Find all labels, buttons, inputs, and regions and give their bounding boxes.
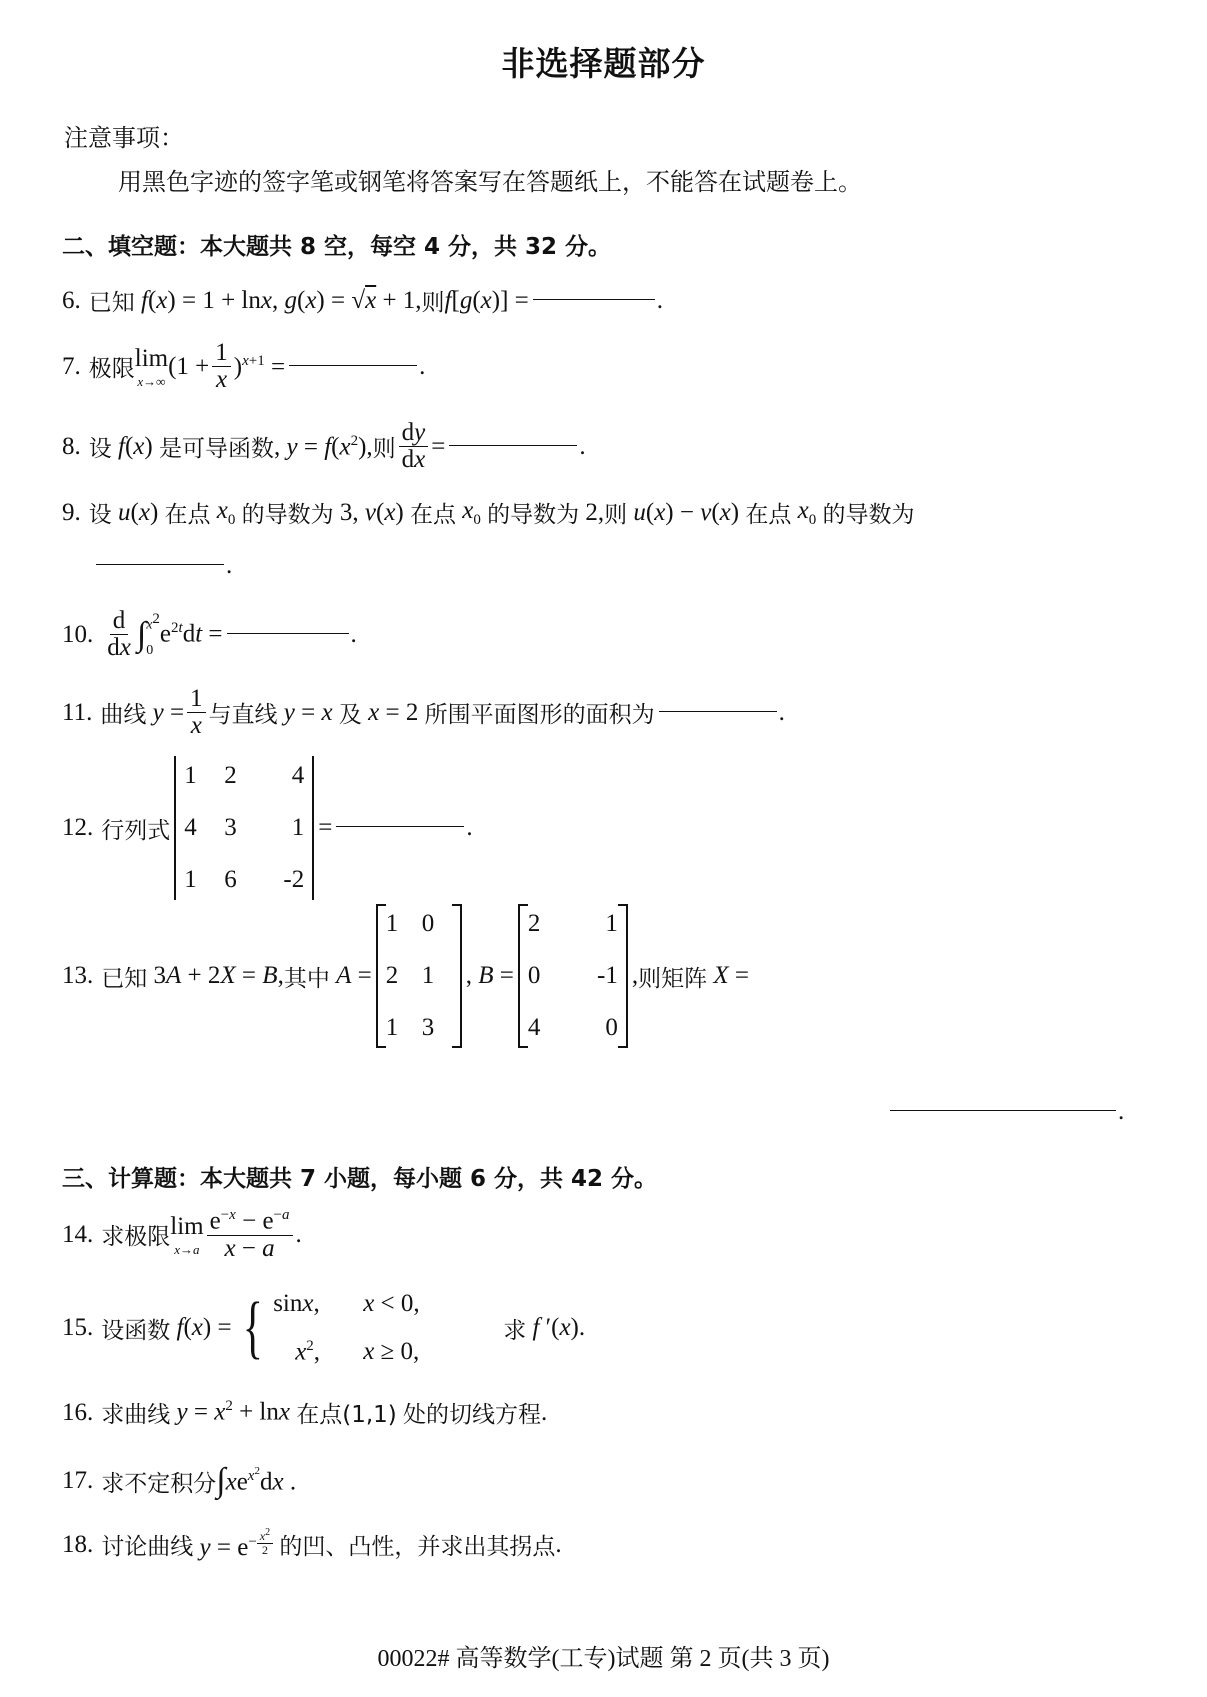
page-title: 非选择题部分 [0,38,1207,85]
piecewise-cases: sinx,x < 0, x2,x ≥ 0, [273,1290,473,1366]
answer-blank [96,563,224,565]
matrix-a: 10 21 13 [376,904,462,1048]
answer-blank [449,444,577,446]
answer-blank [227,632,349,634]
answer-blank [533,298,655,300]
question-12: 12. 行列式 124 431 16-2 = . [62,756,473,900]
determinant: 124 431 16-2 [174,756,314,900]
page-footer: 00022# 高等数学(工专)试题 第 2 页(共 3 页) [0,1638,1207,1673]
answer-blank [336,825,464,827]
question-18: 18. 讨论曲线 y = e−x22 的凹、凸性，并求出其拐点 . [62,1528,562,1562]
question-8: 8. 设 f(x) 是可导函数 , y = f(x2), 则 dydx = . [62,420,586,474]
section-calculation: 三、计算题：本大题共 7 小题，每小题 6 分，共 42 分。 [62,1160,657,1193]
question-17: 17. 求不定积分 ∫ xex2dx . [62,1462,296,1500]
question-15: 15. 设函数 f(x) = { sinx,x < 0, x2,x ≥ 0, 求… [62,1290,585,1366]
question-9-blank: . [92,552,232,580]
section-fill-in: 二、填空题：本大题共 8 空，每空 4 分，共 32 分。 [62,228,611,261]
question-10: 10. ddx ∫x20 e2tdt = . [62,606,357,663]
notice-heading: 注意事项： [64,118,184,153]
question-13: 13. 已知 3A + 2X = B, 其中 A = 10 21 13 , B … [62,904,749,1048]
answer-blank [659,710,777,712]
question-14: 14. 求极限 limx→a e−x − e−ax − a . [62,1208,302,1262]
matrix-b: 21 0-1 40 [518,904,628,1048]
answer-blank [890,1109,1116,1111]
question-6: 6. 已知 f(x) = 1 + lnx, g(x) = √x + 1, 则 f… [62,284,663,317]
question-9: 9. 设 u(x) 在点 x0 的导数为 3, v(x) 在点 x0 的导数为 … [62,496,914,529]
question-16: 16. 求曲线 y = x2 + lnx 在点(1,1) 处的切线方程 . [62,1396,547,1429]
answer-blank [289,364,417,366]
question-11: 11. 曲线 y = 1x 与直线 y = x 及 x = 2 所围平面图形的面… [62,686,785,740]
question-7: 7. 极限 limx→∞ (1 + 1x )x+1 = . [62,340,425,394]
notice-body: 用黑色字迹的签字笔或钢笔将答案写在答题纸上，不能答在试题卷上。 [118,162,862,197]
question-13-blank: . [886,1098,1124,1126]
